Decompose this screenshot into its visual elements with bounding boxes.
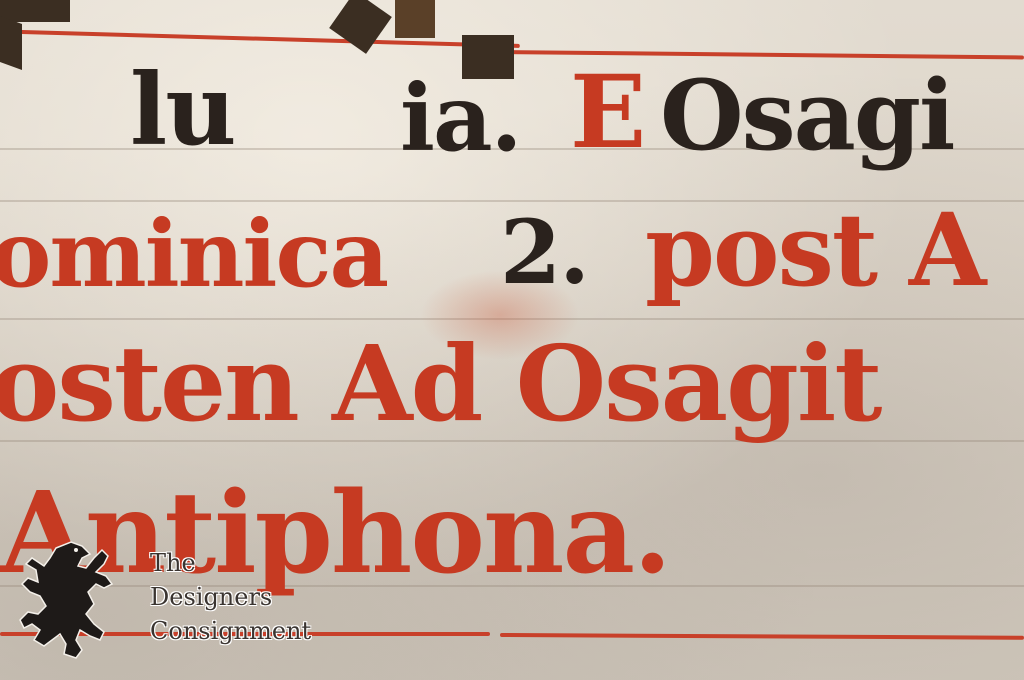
neume-note [395, 0, 435, 38]
manuscript-red-capital: E [570, 62, 644, 162]
manuscript-line-2b: post A [645, 200, 985, 300]
griffin-icon [16, 540, 126, 665]
manuscript-line-1a: lu [130, 62, 234, 160]
manuscript-line-2a: ominica [0, 208, 387, 300]
manuscript-line-2-numeral: 2. [500, 208, 588, 296]
manuscript-line-3: osten Ad Osagit [0, 332, 880, 436]
watermark-line-2: Designers [150, 580, 311, 614]
manuscript-line-1c: Osagi [660, 68, 953, 164]
watermark-logo: The Designers Consignment [16, 540, 336, 665]
watermark-line-1: The [150, 546, 311, 580]
neume-note [0, 16, 22, 70]
watermark-line-3: Consignment [150, 614, 311, 648]
manuscript-line-1b: ia. [400, 72, 521, 164]
neume-note [0, 0, 70, 22]
watermark-text: The Designers Consignment [150, 546, 311, 648]
